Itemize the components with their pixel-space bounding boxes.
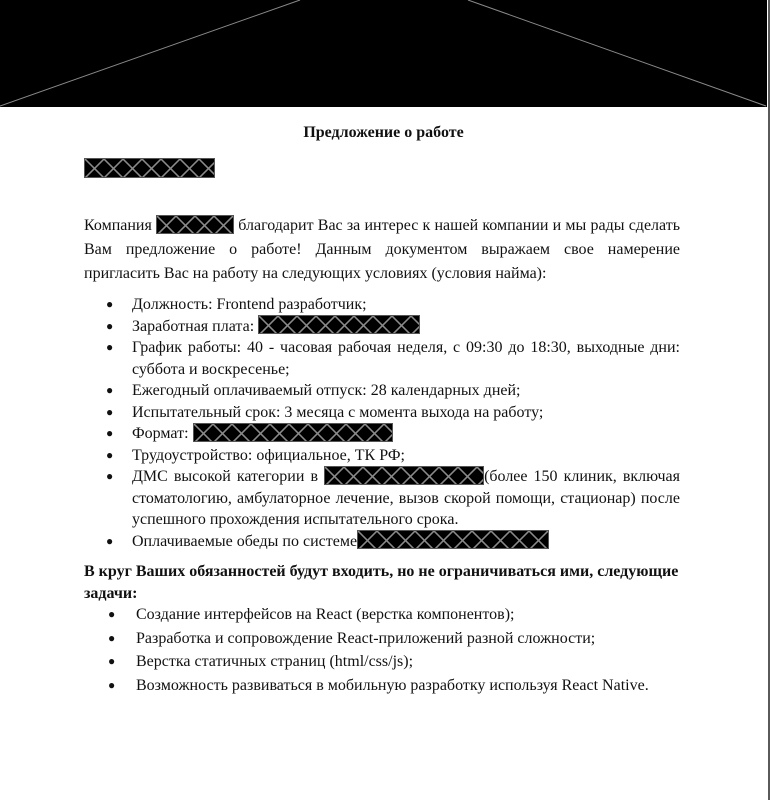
- redacted-company-name: [156, 215, 234, 234]
- condition-salary: Заработная плата:: [132, 318, 254, 335]
- condition-position: Должность: Frontend разработчик;: [132, 296, 367, 313]
- condition-employment: Трудоустройство: официальное, ТК РФ;: [132, 447, 405, 464]
- document-title: Предложение о работе: [0, 124, 767, 142]
- condition-probation: Испытательный срок: 3 месяца с момента в…: [132, 404, 543, 421]
- condition-format: Формат:: [132, 425, 189, 442]
- list-item: Трудоустройство: официальное, ТК РФ;: [84, 445, 680, 467]
- list-item: Формат:: [84, 423, 680, 445]
- condition-schedule: График работы: 40 - часовая рабочая неде…: [132, 339, 680, 378]
- redacted-salary: [258, 315, 420, 334]
- list-item: Создание интерфейсов на React (верстка к…: [84, 603, 680, 627]
- intro-company-label: Компания: [84, 217, 152, 234]
- list-item: Должность: Frontend разработчик;: [84, 294, 680, 316]
- list-item: Верстка статичных страниц (html/css/js);: [84, 650, 680, 674]
- list-item: Возможность развиваться в мобильную разр…: [84, 674, 680, 698]
- condition-vacation: Ежегодный оплачиваемый отпуск: 28 календ…: [132, 382, 521, 399]
- condition-meals: Оплачиваемые обеды по системе: [132, 533, 357, 550]
- redacted-recipient-name: [84, 158, 215, 178]
- page-edge-divider: [768, 0, 770, 800]
- duties-list: Создание интерфейсов на React (верстка к…: [84, 603, 680, 697]
- condition-insurance: ДМС высокой категории в: [132, 468, 318, 485]
- list-item: Испытательный срок: 3 месяца с момента в…: [84, 402, 680, 424]
- list-item: График работы: 40 - часовая рабочая неде…: [84, 337, 680, 380]
- list-item: Ежегодный оплачиваемый отпуск: 28 календ…: [84, 380, 680, 402]
- employment-conditions-list: Должность: Frontend разработчик; Заработ…: [84, 294, 680, 552]
- duties-heading: В круг Ваших обязанностей будут входить,…: [84, 561, 680, 605]
- intro-paragraph: Компания благодарит Вас за интерес к наш…: [84, 214, 680, 286]
- list-item: ДМС высокой категории в (более 150 клини…: [84, 466, 680, 531]
- redacted-header-banner: [0, 0, 767, 107]
- header-diagonal-lines: [0, 0, 767, 107]
- redacted-format: [193, 423, 393, 442]
- redacted-meal-system: [357, 530, 549, 549]
- list-item: Разработка и сопровождение React-приложе…: [84, 627, 680, 651]
- redacted-insurer: [324, 466, 484, 485]
- list-item: Заработная плата:: [84, 316, 680, 338]
- list-item: Оплачиваемые обеды по системе: [84, 531, 680, 553]
